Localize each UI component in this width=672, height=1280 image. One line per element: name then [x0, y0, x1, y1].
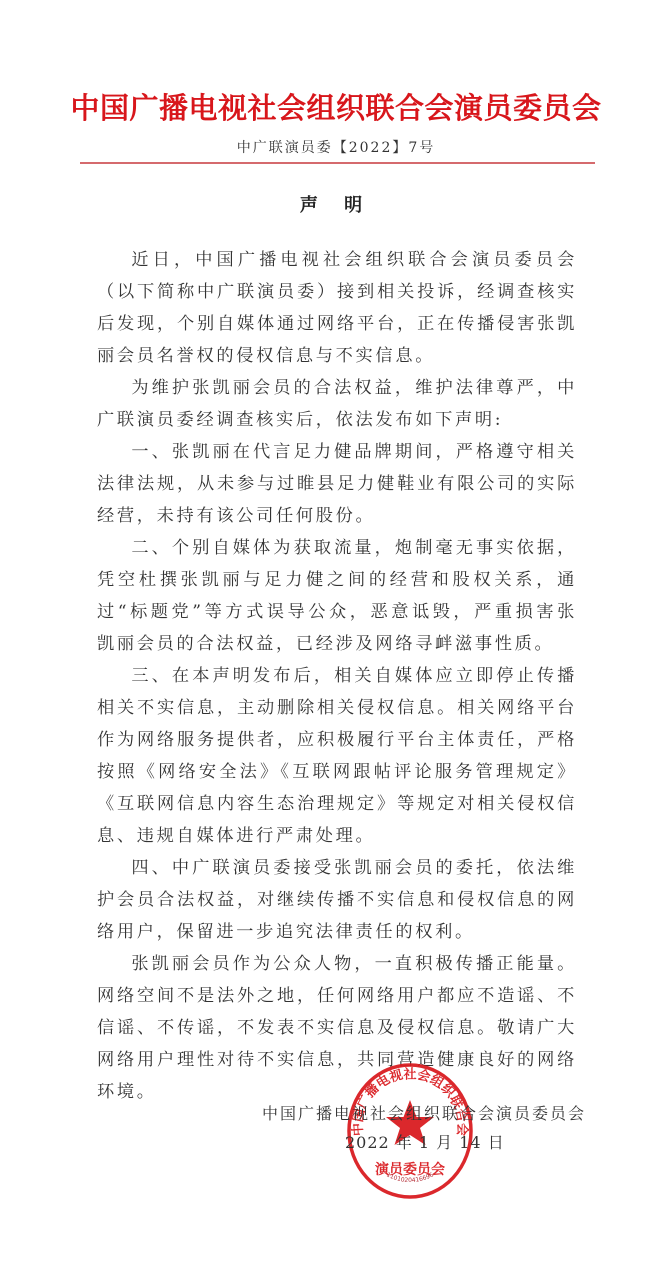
- paragraph-purpose: 为维护张凯丽会员的合法权益，维护法律尊严，中广联演员委经调查核实后，依法发布如下…: [97, 372, 577, 436]
- document-heading: 声 明: [0, 192, 672, 220]
- statement-document: 中国广播电视社会组织联合会演员委员会 中广联演员委【2022】7号 声 明 近日…: [0, 0, 672, 1280]
- letterhead-divider: [80, 162, 595, 164]
- paragraph-intro: 近日，中国广播电视社会组织联合会演员委员会（以下简称中广联演员委）接到相关投诉，…: [97, 244, 577, 372]
- paragraph-point-4: 四、中广联演员委接受张凯丽会员的委托，依法维护会员合法权益，对继续传播不实信息和…: [97, 852, 577, 948]
- signature-organization: 中国广播电视社会组织联合会演员委员会: [262, 1101, 582, 1127]
- paragraph-point-2: 二、个别自媒体为获取流量，炮制毫无事实依据，凭空杜撰张凯丽与足力健之间的经营和股…: [97, 532, 577, 660]
- document-number: 中广联演员委【2022】7号: [0, 138, 672, 158]
- seal-inner-text: 演员委员会: [374, 1161, 445, 1178]
- paragraph-closing: 张凯丽会员作为公众人物，一直积极传播正能量。网络空间不是法外之地，任何网络用户都…: [97, 948, 577, 1108]
- statement-body: 近日，中国广播电视社会组织联合会演员委员会（以下简称中广联演员委）接到相关投诉，…: [97, 244, 577, 1108]
- paragraph-point-3: 三、在本声明发布后，相关自媒体应立即停止传播相关不实信息，主动删除相关侵权信息。…: [97, 660, 577, 852]
- organization-letterhead: 中国广播电视社会组织联合会演员委员会: [0, 86, 672, 130]
- signature-date: 2022 年 1 月 14 日: [345, 1130, 505, 1156]
- paragraph-point-1: 一、张凯丽在代言足力健品牌期间，严格遵守相关法律法规，从未参与过睢县足力健鞋业有…: [97, 436, 577, 532]
